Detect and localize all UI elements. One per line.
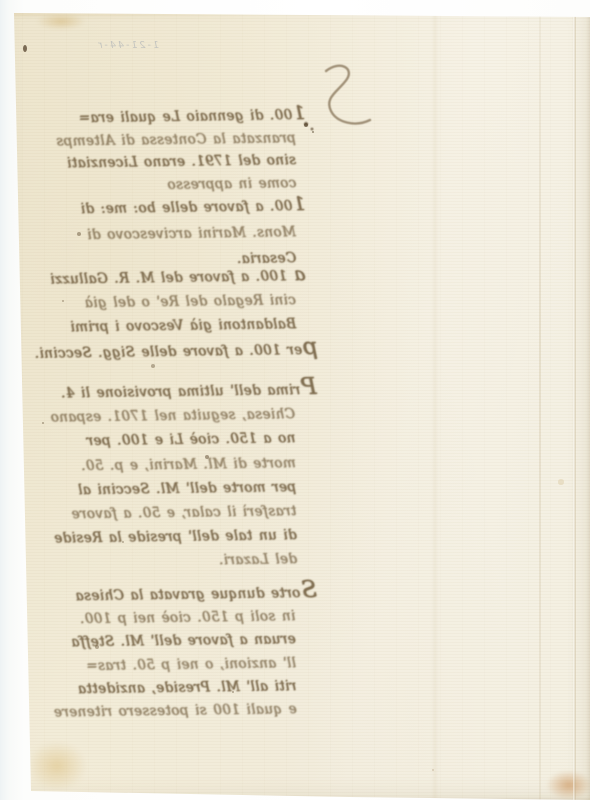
- ink-flourish-swash: [296, 63, 396, 143]
- bleedthrough-paragraph: Sorte dunque gravata la Chiesa in soli p…: [23, 579, 297, 725]
- manuscript-line: cini Regalo del Re' o del già: [24, 288, 296, 316]
- manuscript-line: a 100. a favore del M. R. Galluzzi: [23, 262, 295, 292]
- manuscript-line: 100. di gennaio Le quali era=: [23, 102, 295, 130]
- stain-band-right: [0, 0, 268, 15]
- manuscript-line: Mons. Marini arcivescovo di: [24, 219, 296, 249]
- stain-bottom-left: [26, 740, 88, 792]
- faint-pencil-inscription: 1-21-44-r: [64, 40, 159, 51]
- soft-crease: [432, 14, 438, 800]
- manuscript-line: 100. a favore delle bo: me: di: [23, 191, 295, 223]
- manuscript-page: 1-21-44-r 100. di gennaio Le quali era= …: [0, 0, 590, 800]
- foxing-specks: [0, 0, 2, 2]
- bleedthrough-paragraph: a 100. a favore del M. R. Galluzzi cini …: [23, 262, 296, 340]
- scan-canvas: 1-21-44-r 100. di gennaio Le quali era= …: [0, 0, 590, 800]
- manuscript-line: pranzata la Contessa di Altemps: [24, 127, 296, 153]
- manuscript-line: ll' anzioni, o nei p 50. tras=: [24, 652, 296, 679]
- sheet-edge-line: [573, 14, 576, 800]
- bleedthrough-paragraph: 100. di gennaio Le quali era= pranzata l…: [23, 102, 296, 198]
- manuscript-line: morte di Ml. Marini, e p. 50.: [24, 451, 296, 479]
- stain-top-edge: [36, 13, 86, 30]
- bleedthrough-paragraph: per 100. a favore delle Sigg. Seccini.: [24, 335, 296, 366]
- manuscript-line: trasferì il calar, e 50. a favore: [24, 499, 296, 527]
- manuscript-line: del Lazari.: [25, 548, 297, 576]
- manuscript-line: e quali 100 si potessero ritenere: [25, 698, 297, 725]
- manuscript-line: Sorte dunque gravata la Chiesa: [23, 579, 295, 609]
- manuscript-line: in soli p 150. cioè nei p 100.: [23, 605, 295, 632]
- manuscript-line: Chiesa, seguita nel 1701. espano: [23, 402, 295, 430]
- ink-speck: [23, 45, 27, 52]
- fold-crease-line: [539, 14, 541, 800]
- manuscript-line: Prima dell' ultima provisione li 4.: [23, 375, 295, 406]
- manuscript-line: per 100. a favore delle Sigg. Seccini.: [24, 335, 296, 366]
- stain-bottom-right-corner: [546, 770, 590, 800]
- bleedthrough-paragraph: Prima dell' ultima provisione li 4. Chie…: [23, 375, 298, 575]
